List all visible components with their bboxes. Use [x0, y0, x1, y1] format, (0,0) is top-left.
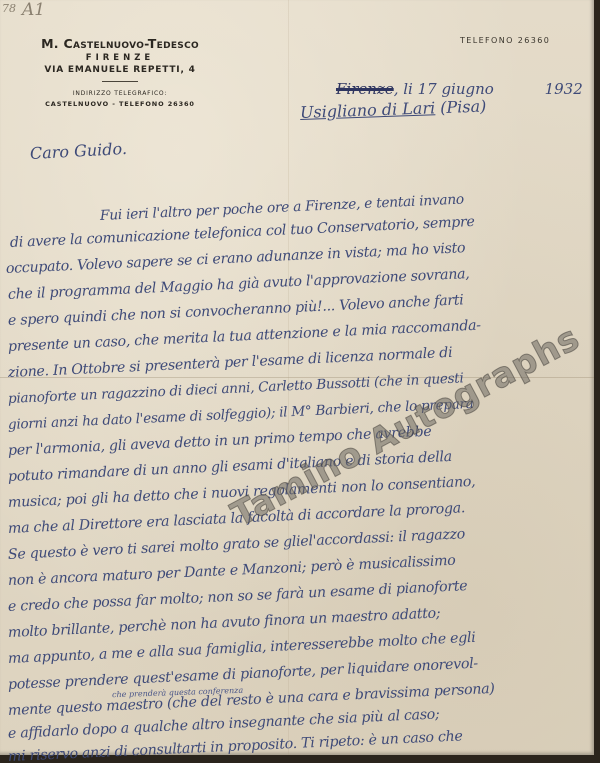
letterhead-divider	[102, 81, 138, 82]
place-province: (Pisa)	[435, 96, 487, 117]
place-name: Usigliano di Lari	[300, 98, 436, 122]
archive-mark-number: 78	[2, 2, 16, 15]
letterhead-telegraph-label: INDIRIZZO TELEGRAFICO:	[30, 90, 210, 97]
archive-mark-code: A1	[22, 0, 45, 20]
letterhead-city: FIRENZE	[30, 53, 210, 63]
date-year: 1932	[545, 80, 583, 98]
letterhead-telephone: TELEFONO 26360	[460, 36, 550, 45]
place-line: Usigliano di Lari (Pisa)	[300, 96, 487, 121]
letter-paper: 78 A1 M. Castelnuovo-Tedesco FIRENZE VIA…	[0, 0, 594, 755]
salutation: Caro Guido.	[30, 139, 128, 163]
letterhead-telegraph-value: CASTELNUOVO - TELEFONO 26360	[30, 100, 210, 108]
letterhead-address: VIA EMANUELE REPETTI, 4	[30, 65, 210, 75]
struck-place: Firenze	[336, 80, 394, 98]
letterhead-name: M. Castelnuovo-Tedesco	[30, 36, 210, 51]
date-text: , li 17 giugno	[394, 80, 494, 98]
dateline: Firenze, li 17 giugno 1932	[336, 80, 583, 98]
letterhead: M. Castelnuovo-Tedesco FIRENZE VIA EMANU…	[30, 36, 210, 108]
